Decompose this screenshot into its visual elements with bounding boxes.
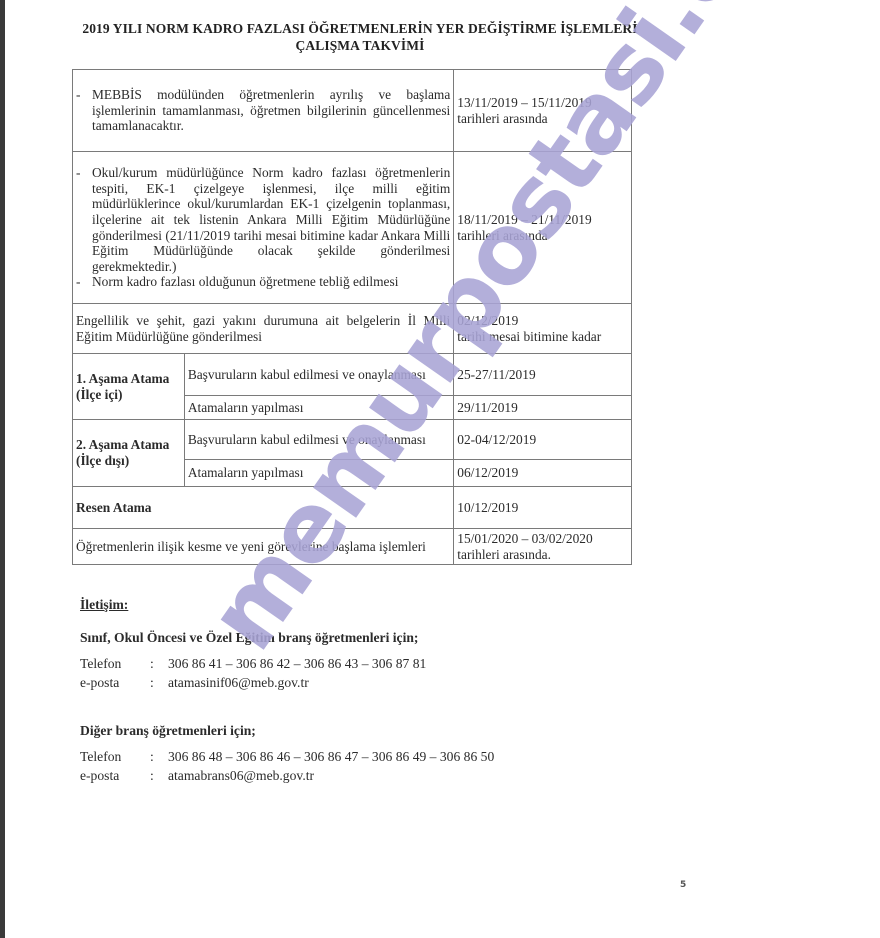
table-row: 2. Aşama Atama (İlçe dışı) Başvuruların … (73, 420, 632, 460)
step-label-cell: Başvuruların kabul edilmesi ve onaylanma… (184, 354, 453, 396)
document-title: 2019 YILI NORM KADRO FAZLASI ÖĞRETMENLER… (60, 20, 660, 54)
resen-label-cell: Resen Atama (73, 487, 454, 529)
separator: : (150, 766, 168, 785)
date-cell: 29/11/2019 (454, 396, 632, 420)
left-edge-shadow (0, 0, 5, 938)
phone-label: Telefon (80, 654, 150, 673)
bullet-item: - Norm kadro fazlası olduğunun öğretmene… (76, 274, 450, 290)
bullet-dash: - (76, 87, 92, 134)
stage-name: 2. Aşama Atama (76, 437, 181, 453)
stage-name: 1. Aşama Atama (76, 371, 181, 387)
task-cell: - MEBBİS modülünden öğretmenlerin ayrılı… (73, 70, 454, 152)
date-range: 18/11/2019 – 21/11/2019 (457, 212, 628, 228)
contact-group-title: Sınıf, Okul Öncesi ve Özel Eğitim branş … (80, 629, 426, 647)
step-label-cell: Atamaların yapılması (184, 396, 453, 420)
phone-numbers: 306 86 48 – 306 86 46 – 306 86 47 – 306 … (168, 747, 494, 766)
phone-row: Telefon : 306 86 41 – 306 86 42 – 306 86… (80, 654, 426, 673)
date-cell: 13/11/2019 – 15/11/2019 tarihleri arasın… (454, 70, 632, 152)
separator: : (150, 654, 168, 673)
bullet-item: - MEBBİS modülünden öğretmenlerin ayrılı… (76, 87, 450, 134)
date-cell: 02-04/12/2019 (454, 420, 632, 460)
separator: : (150, 673, 168, 692)
title-line-1: 2019 YILI NORM KADRO FAZLASI ÖĞRETMENLER… (60, 20, 660, 37)
date-cell: 25-27/11/2019 (454, 354, 632, 396)
bullet-dash: - (76, 274, 92, 290)
email-address[interactable]: atamabrans06@meb.gov.tr (168, 766, 314, 785)
table-row: - MEBBİS modülünden öğretmenlerin ayrılı… (73, 70, 632, 152)
date-cell: 02/12/2019 tarihi mesai bitimine kadar (454, 304, 632, 354)
date-note: tarihi mesai bitimine kadar (457, 329, 628, 345)
task-text: Norm kadro fazlası olduğunun öğretmene t… (92, 274, 450, 290)
table-row: 1. Aşama Atama (İlçe içi) Başvuruların k… (73, 354, 632, 396)
contact-group-title: Diğer branş öğretmenleri için; (80, 722, 494, 740)
date-note: tarihleri arasında. (457, 547, 628, 563)
title-line-2: ÇALIŞMA TAKVİMİ (60, 37, 660, 54)
date-range: 13/11/2019 – 15/11/2019 (457, 95, 628, 111)
contact-group: Sınıf, Okul Öncesi ve Özel Eğitim branş … (80, 629, 426, 692)
bullet-dash: - (76, 165, 92, 274)
contact-heading: İletişim: (80, 597, 128, 613)
step-label-cell: Başvuruların kabul edilmesi ve onaylanma… (184, 420, 453, 460)
date-note: tarihleri arasında (457, 111, 628, 127)
date-note: tarihleri arasında (457, 228, 628, 244)
email-label: e-posta (80, 673, 150, 692)
contact-heading-text: İletişim: (80, 597, 128, 612)
step-label-cell: Atamaların yapılması (184, 460, 453, 487)
task-text: Okul/kurum müdürlüğünce Norm kadro fazla… (92, 165, 450, 274)
separator: : (150, 747, 168, 766)
table-row: - Okul/kurum müdürlüğünce Norm kadro faz… (73, 152, 632, 304)
task-cell: - Okul/kurum müdürlüğünce Norm kadro faz… (73, 152, 454, 304)
table-row: Engellilik ve şehit, gazi yakını durumun… (73, 304, 632, 354)
email-address[interactable]: atamasinif06@meb.gov.tr (168, 673, 309, 692)
email-row: e-posta : atamabrans06@meb.gov.tr (80, 766, 494, 785)
date-cell: 06/12/2019 (454, 460, 632, 487)
stage-name-cell: 1. Aşama Atama (İlçe içi) (73, 354, 185, 420)
phone-numbers: 306 86 41 – 306 86 42 – 306 86 43 – 306 … (168, 654, 426, 673)
bullet-item: - Okul/kurum müdürlüğünce Norm kadro faz… (76, 165, 450, 274)
stage-scope: (İlçe dışı) (76, 453, 181, 469)
task-cell: Öğretmenlerin ilişik kesme ve yeni görev… (73, 529, 454, 565)
task-text: MEBBİS modülünden öğretmenlerin ayrılış … (92, 87, 450, 134)
date-cell: 10/12/2019 (454, 487, 632, 529)
date-cell: 15/01/2020 – 03/02/2020 tarihleri arasın… (454, 529, 632, 565)
table-row: Resen Atama 10/12/2019 (73, 487, 632, 529)
table-row: Öğretmenlerin ilişik kesme ve yeni görev… (73, 529, 632, 565)
stage-scope: (İlçe içi) (76, 387, 181, 403)
email-label: e-posta (80, 766, 150, 785)
page-number: 5 (680, 880, 686, 890)
task-cell: Engellilik ve şehit, gazi yakını durumun… (73, 304, 454, 354)
schedule-table: - MEBBİS modülünden öğretmenlerin ayrılı… (72, 69, 632, 565)
date-range: 15/01/2020 – 03/02/2020 (457, 531, 628, 547)
email-row: e-posta : atamasinif06@meb.gov.tr (80, 673, 426, 692)
contact-group: Diğer branş öğretmenleri için; Telefon :… (80, 722, 494, 785)
phone-label: Telefon (80, 747, 150, 766)
phone-row: Telefon : 306 86 48 – 306 86 46 – 306 86… (80, 747, 494, 766)
date-cell: 18/11/2019 – 21/11/2019 tarihleri arasın… (454, 152, 632, 304)
date-value: 02/12/2019 (457, 313, 628, 329)
stage-name-cell: 2. Aşama Atama (İlçe dışı) (73, 420, 185, 487)
